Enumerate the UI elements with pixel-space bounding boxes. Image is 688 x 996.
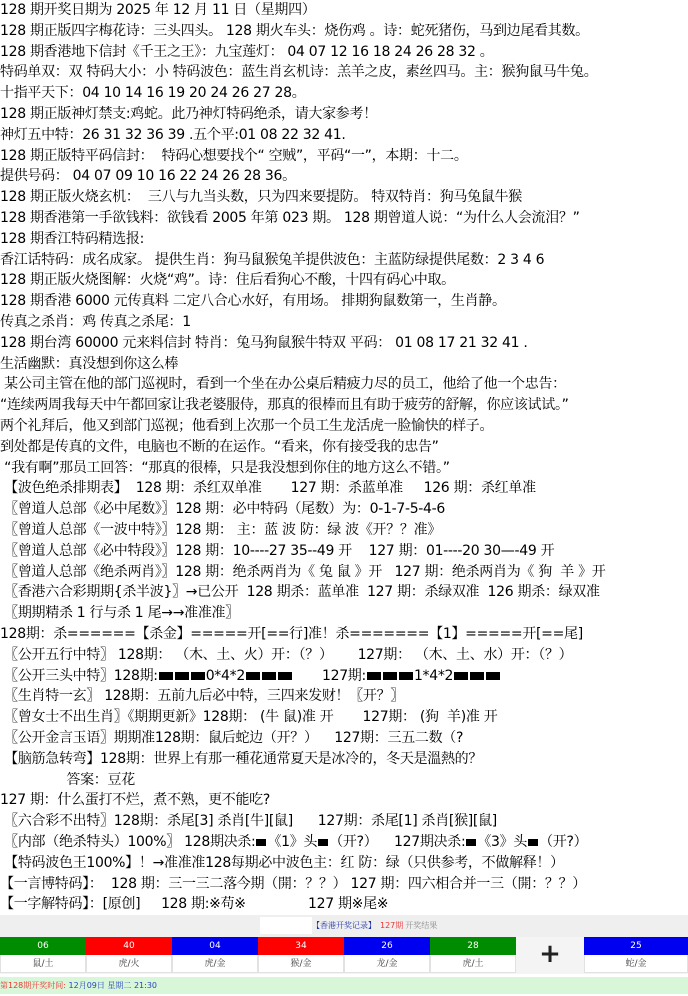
bar-block [383,672,397,680]
text-line: 〖曾道人总部《必中特段》〗128 期：10----27 35--49 开 127… [0,541,554,562]
text-line: 128期：杀======【杀金】=====开[==行]准！杀=======【1】… [0,624,583,645]
text-line: 128 期香港 6000 元传真料 二定八合心水好，有用场。 排期狗鼠数第一，生… [0,291,506,312]
next-draw-info: 第128期开奖时间: 12月09日 星期二 21:30 [0,977,688,994]
special-ball-number: 25 [584,937,688,955]
text-line: 生活幽默：真没想到你这么棒 [0,354,178,375]
neibu-tail-128: （开?） 127期决杀: [329,834,465,850]
ball-zodiac: 虎/土 [430,955,516,973]
text-line: 128 期开奖日期为 2025 年 12 月 11 日（星期四） [0,0,316,21]
header-blank-box [260,917,312,934]
bar-block [486,672,500,680]
text-line: 128 期正版火烧图解：火烧“鸡”。诗：住后看狗心不酸，十四有码心中取。 [0,270,455,291]
bar-block [454,672,468,680]
bar-block [175,672,189,680]
neibu-prefix: 〖内部（绝杀特头）100%〗 128期决杀: [0,834,255,850]
sankou-code-127: 1*4*2 [414,668,453,684]
text-line: 128 期香港地下信封《千王之王》：九宝莲灯： 04 07 12 16 18 2… [0,42,493,63]
text-line: 128 期台湾 60000 元来料信封 特肖：兔马狗鼠猴牛特双 平码： 01 0… [0,333,528,354]
bar-block [399,672,413,680]
neibu-mid-127: 《3》头 [477,834,527,850]
text-line: 【一字解特码】：[原创] 128 期:※苟※ 127 期※尾※ [0,894,388,915]
text-line: 到处都是传真的文件，电脑也不断的在运作。“看来，你有接受我的忠告” [0,437,439,458]
bar-block [262,672,276,680]
ball-number: 06 [0,937,86,955]
ball-zodiac: 鼠/土 [0,955,86,973]
text-line: 〖曾道人总部《绝杀两肖》〗128 期：绝杀两肖为《 兔 鼠 》开 127 期：绝… [0,562,606,583]
text-line: 【波色绝杀排期表】 128 期：杀红双单准 127 期：杀蓝单准 126 期：杀… [0,478,536,499]
ball-row: 06 鼠/土 40 虎/火 04 虎/金 34 猴/金 26 龙/金 28 虎/… [0,937,688,974]
ball-number: 26 [344,937,430,955]
text-line: 提供号码： 04 07 09 10 16 22 24 26 28 36。 [0,166,296,187]
ball-cell-6: 28 虎/土 [430,937,516,974]
text-line: 〖公开金言玉语〗期期准128期：鼠后蛇边（开？） 127期：三五二数（? [0,728,463,749]
text-line: “连续两周我每天中午都回家让我老婆服侍，那真的很棒而且有助于疲劳的舒解，你应该试… [0,395,569,416]
text-line: 香江话特码：成名成家。 提供生肖：狗马鼠猴兔羊提供波色：主蓝防绿提供尾数：2 3… [0,250,544,271]
sankou-mid: 127期: [293,668,366,684]
ball-cell-5: 26 龙/金 [344,937,430,974]
text-line: 〖曾道人总部《一波中特》〗128 期： 主：蓝 波 防：绿 波《开？？准》 [0,520,441,541]
text-line: 【特码波色王100%】！→准准准128每期必中波色主：红 防：绿（只供参考，不做… [0,853,564,874]
text-line: 答案：豆花 [0,770,135,791]
ball-number: 34 [258,937,344,955]
text-line: 128 期香港第一手欲钱料：欲钱看 2005 年第 023 期。 128 期曾道… [0,208,580,229]
next-draw-time: 21:30 [134,981,157,990]
text-line-neibu: 〖内部（绝杀特头）100%〗 128期决杀:《1》头（开?） 127期决杀:《3… [0,832,587,853]
lottery-result-panel: 【香港开奖记录】127期开奖结果 06 鼠/土 40 虎/火 04 虎/金 34… [0,915,688,996]
text-line: 〖曾女士不出生肖〗《期期更新》128期： (牛 鼠)准 开 127期： (狗 羊… [0,707,497,728]
ball-zodiac: 虎/火 [86,955,172,973]
special-ball-cell: 25 蛇/金 [584,937,688,974]
bar-block [256,839,266,846]
document-body: 128 期开奖日期为 2025 年 12 月 11 日（星期四）128 期正版四… [0,0,688,915]
ball-number: 28 [430,937,516,955]
text-line: 127 期：什么蛋打不烂，煮不熟，更不能吃? [0,790,270,811]
text-line: 某公司主管在他的部门巡视时，看到一个坐在办公桌后精疲力尽的员工，他给了他一个忠告… [0,374,566,395]
result-header: 【香港开奖记录】127期开奖结果 [312,918,437,934]
next-draw-date: 12月09日 星期二 [69,981,132,990]
bar-block [318,839,328,846]
text-line: 十指平天下：04 10 14 16 19 20 24 26 27 28。 [0,83,305,104]
text-line: 传真之杀肖：鸡 传真之杀尾：1 [0,312,191,333]
text-line: 【一言博特码】： 128 期：三一三二落今期（開：？？） 127 期：四六相合并… [0,874,586,895]
result-header-bar: 【香港开奖记录】127期开奖结果 [0,915,688,937]
text-line: 128 期正版神灯禁支:鸡蛇。此乃神灯特码绝杀，请大家参考！ [0,104,377,125]
text-line-sankou: 〖公开三头中特〗128期:0*4*2 127期:1*4*2 [0,666,501,687]
ball-number: 04 [172,937,258,955]
text-line: 〖曾道人总部《必中尾数》〗128 期：必中特码（尾数）为：0-1-7-5-4-6 [0,499,445,520]
neibu-mid-128: 《1》头 [267,834,317,850]
bar-block [470,672,484,680]
text-line: 特码单双：双 特码大小：小 特码波色：蓝生肖玄机诗：羔羊之皮，素丝四马。主：猴狗… [0,62,597,83]
text-line: 128 期正版四字梅花诗：三头四头。 128 期火车头：烧伤鸡 。诗：蛇死猪伤，… [0,21,589,42]
sankou-prefix: 〖公开三头中特〗128期: [0,668,158,684]
ball-cell-2: 40 虎/火 [86,937,172,974]
neibu-tail-127: （开?） [539,834,587,850]
ball-zodiac: 猴/金 [258,955,344,973]
result-header-suffix: 开奖结果 [405,921,437,930]
bar-block [367,672,381,680]
ball-cell-1: 06 鼠/土 [0,937,86,974]
text-line: “我有啊”那员工回答：“那真的很棒，只是我没想到你住的地方这么不错。” [0,458,450,479]
result-header-title[interactable]: 【香港开奖记录】 [312,921,376,930]
result-header-period: 127期 [380,921,403,930]
ball-cell-4: 34 猴/金 [258,937,344,974]
ball-zodiac: 龙/金 [344,955,430,973]
bar-block [191,672,205,680]
plus-icon: + [516,937,584,974]
text-line: 〖期期精杀 1 行与杀 1 尾→→准准准〗 [0,603,239,624]
text-line: 两个礼拜后，他又到部门巡视；他看到上次那一个员工生龙活虎一脸愉快的样子。 [0,416,493,437]
bar-block [278,672,292,680]
text-line: 128 期正版火烧玄机： 三八与九当头数，只为四来要提防。 特双特肖：狗马兔鼠牛… [0,187,522,208]
text-line: 128 期香江特码精选报: [0,229,144,250]
ball-zodiac: 虎/金 [172,955,258,973]
bar-block [528,839,538,846]
text-line: 〖六合彩不出特〗128期：杀尾[3] 杀肖[牛][鼠] 127期：杀尾[1] 杀… [0,811,497,832]
ball-cell-3: 04 虎/金 [172,937,258,974]
text-line: 128 期正版特平码信封： 特码心想要找个“ 空贼”，平码“一”，本期：十二。 [0,146,468,167]
text-line: 神灯五中特：26 31 32 36 39 .五个平:01 08 22 32 41… [0,125,346,146]
text-line: 〖公开五行中特〗 128期： （木、土、火）开：（？） 127期： （木、土、水… [0,645,572,666]
bar-block [466,839,476,846]
text-line: 〖生肖特一玄〗 128期：五前九后必中特，三四来发财！〖开？〗 [0,686,404,707]
sankou-code-128: 0*4*2 [206,668,245,684]
text-line: 〖香港六合彩期期{杀半波}〗→已公开 128 期杀：蓝单准 127 期：杀绿双准… [0,582,600,603]
special-ball-zodiac: 蛇/金 [584,955,688,973]
bar-block [159,672,173,680]
ball-number: 40 [86,937,172,955]
next-draw-prefix: 第128期开奖时间: [0,981,66,990]
text-line: 【脑筋急转弯】128期：世界上有那一種花通常夏天是冰冷的，冬天是溫熱的？ [0,749,482,770]
bar-block [246,672,260,680]
